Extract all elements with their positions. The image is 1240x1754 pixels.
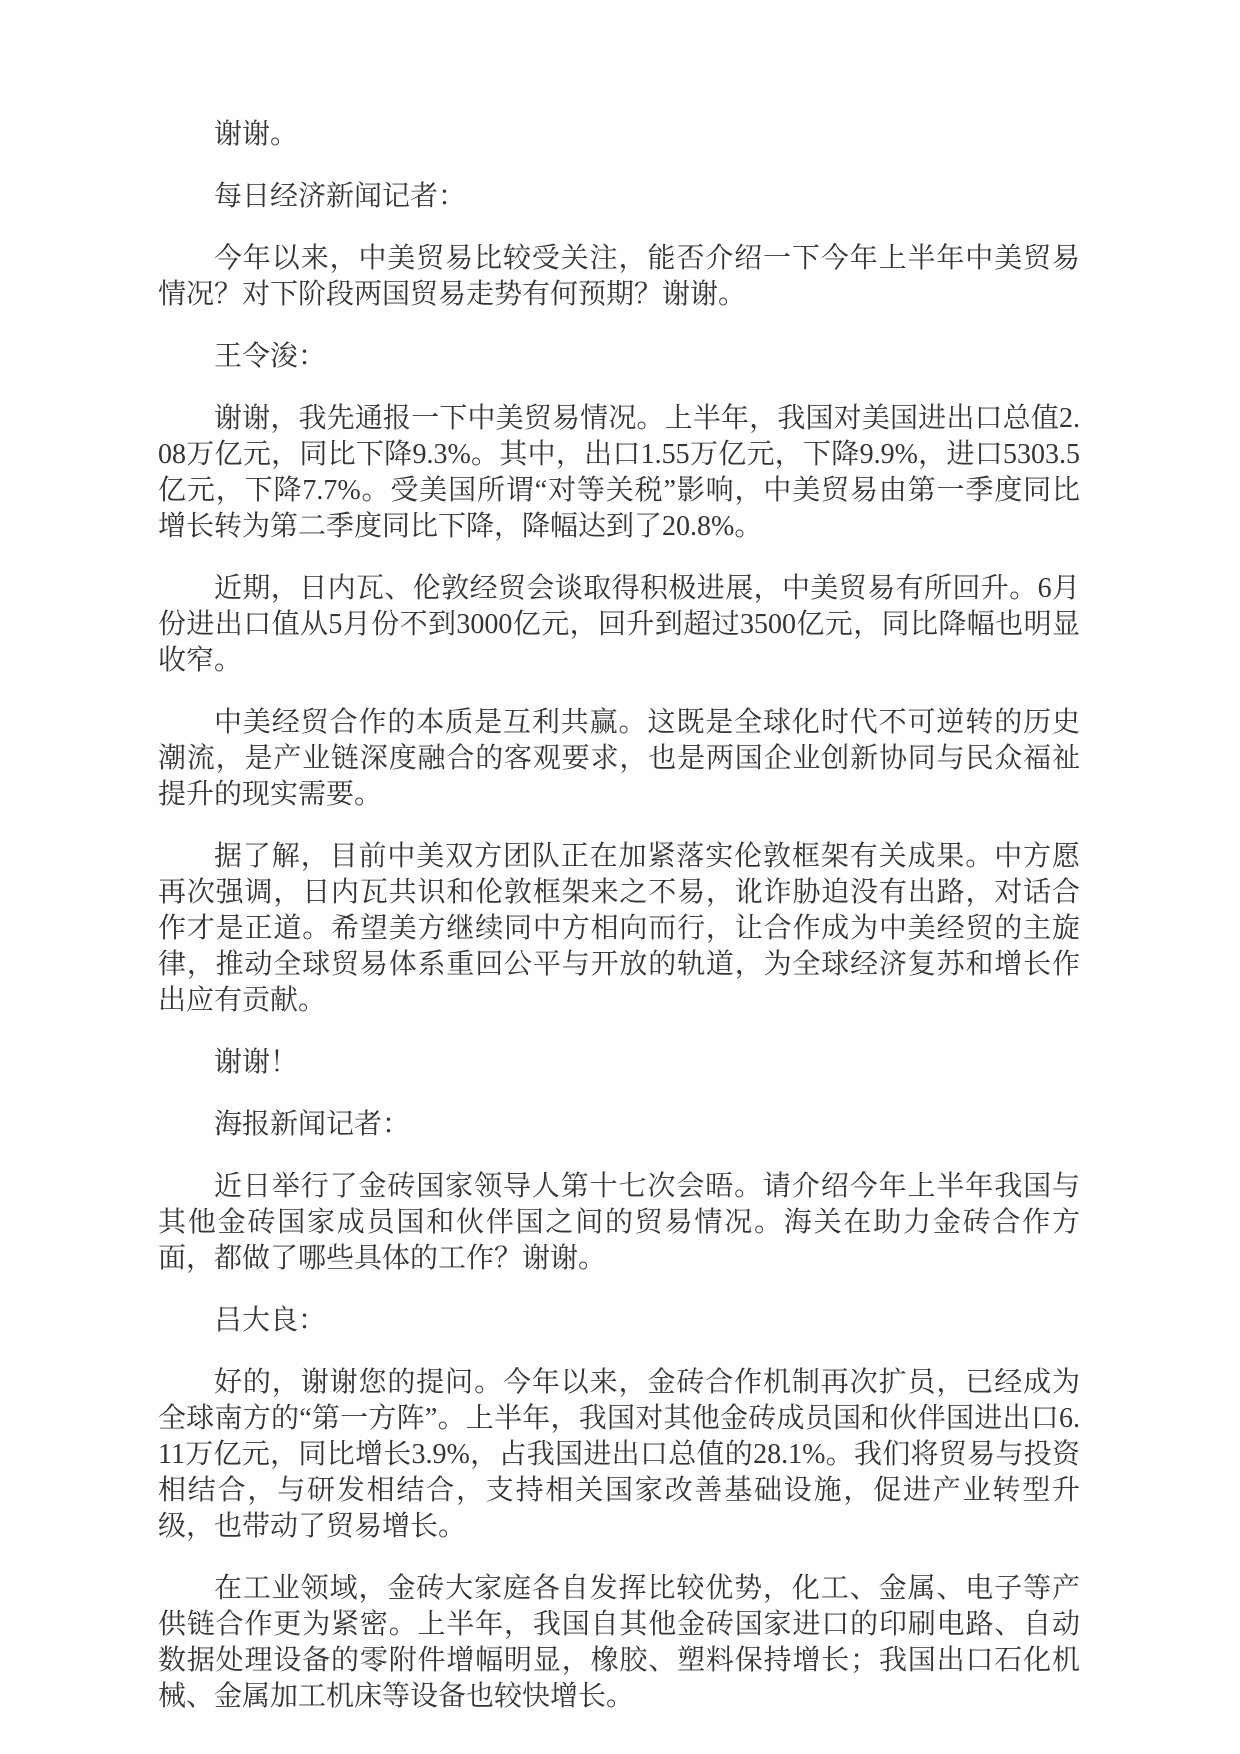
paragraph-closing-thanks: 谢谢。 [158, 117, 1080, 153]
paragraph-question-brics: 近日举行了金砖国家领导人第十七次会晤。请介绍今年上半年我国与其他金砖国家成员国和… [158, 1169, 1080, 1277]
paragraph-mutual-benefit: 中美经贸合作的本质是互利共赢。这既是全球化时代不可逆转的历史潮流，是产业链深度融… [158, 705, 1080, 813]
paragraph-brics-figures: 好的，谢谢您的提问。今年以来，金砖合作机制再次扩员，已经成为全球南方的“第一方阵… [158, 1365, 1080, 1545]
document-page: 谢谢。 每日经济新闻记者： 今年以来，中美贸易比较受关注，能否介绍一下今年上半年… [0, 0, 1240, 1754]
speaker-name-wang-lingjun: 王令浚： [158, 339, 1080, 375]
paragraph-question-us-trade: 今年以来，中美贸易比较受关注，能否介绍一下今年上半年中美贸易情况？对下阶段两国贸… [158, 241, 1080, 313]
speaker-name-lv-daliang: 吕大良： [158, 1303, 1080, 1339]
paragraph-trade-rebound: 近期，日内瓦、伦敦经贸会谈取得积极进展，中美贸易有所回升。6月份进出口值从5月份… [158, 571, 1080, 679]
paragraph-thanks-exclaim: 谢谢！ [158, 1045, 1080, 1081]
speaker-name-haibao-reporter: 海报新闻记者： [158, 1107, 1080, 1143]
paragraph-london-framework: 据了解，目前中美双方团队正在加紧落实伦敦框架有关成果。中方愿再次强调，日内瓦共识… [158, 839, 1080, 1019]
paragraph-us-trade-figures: 谢谢，我先通报一下中美贸易情况。上半年，我国对美国进出口总值2.08万亿元，同比… [158, 401, 1080, 545]
speaker-name-mrjj-reporter: 每日经济新闻记者： [158, 179, 1080, 215]
paragraph-brics-industry: 在工业领域，金砖大家庭各自发挥比较优势，化工、金属、电子等产供链合作更为紧密。上… [158, 1571, 1080, 1715]
